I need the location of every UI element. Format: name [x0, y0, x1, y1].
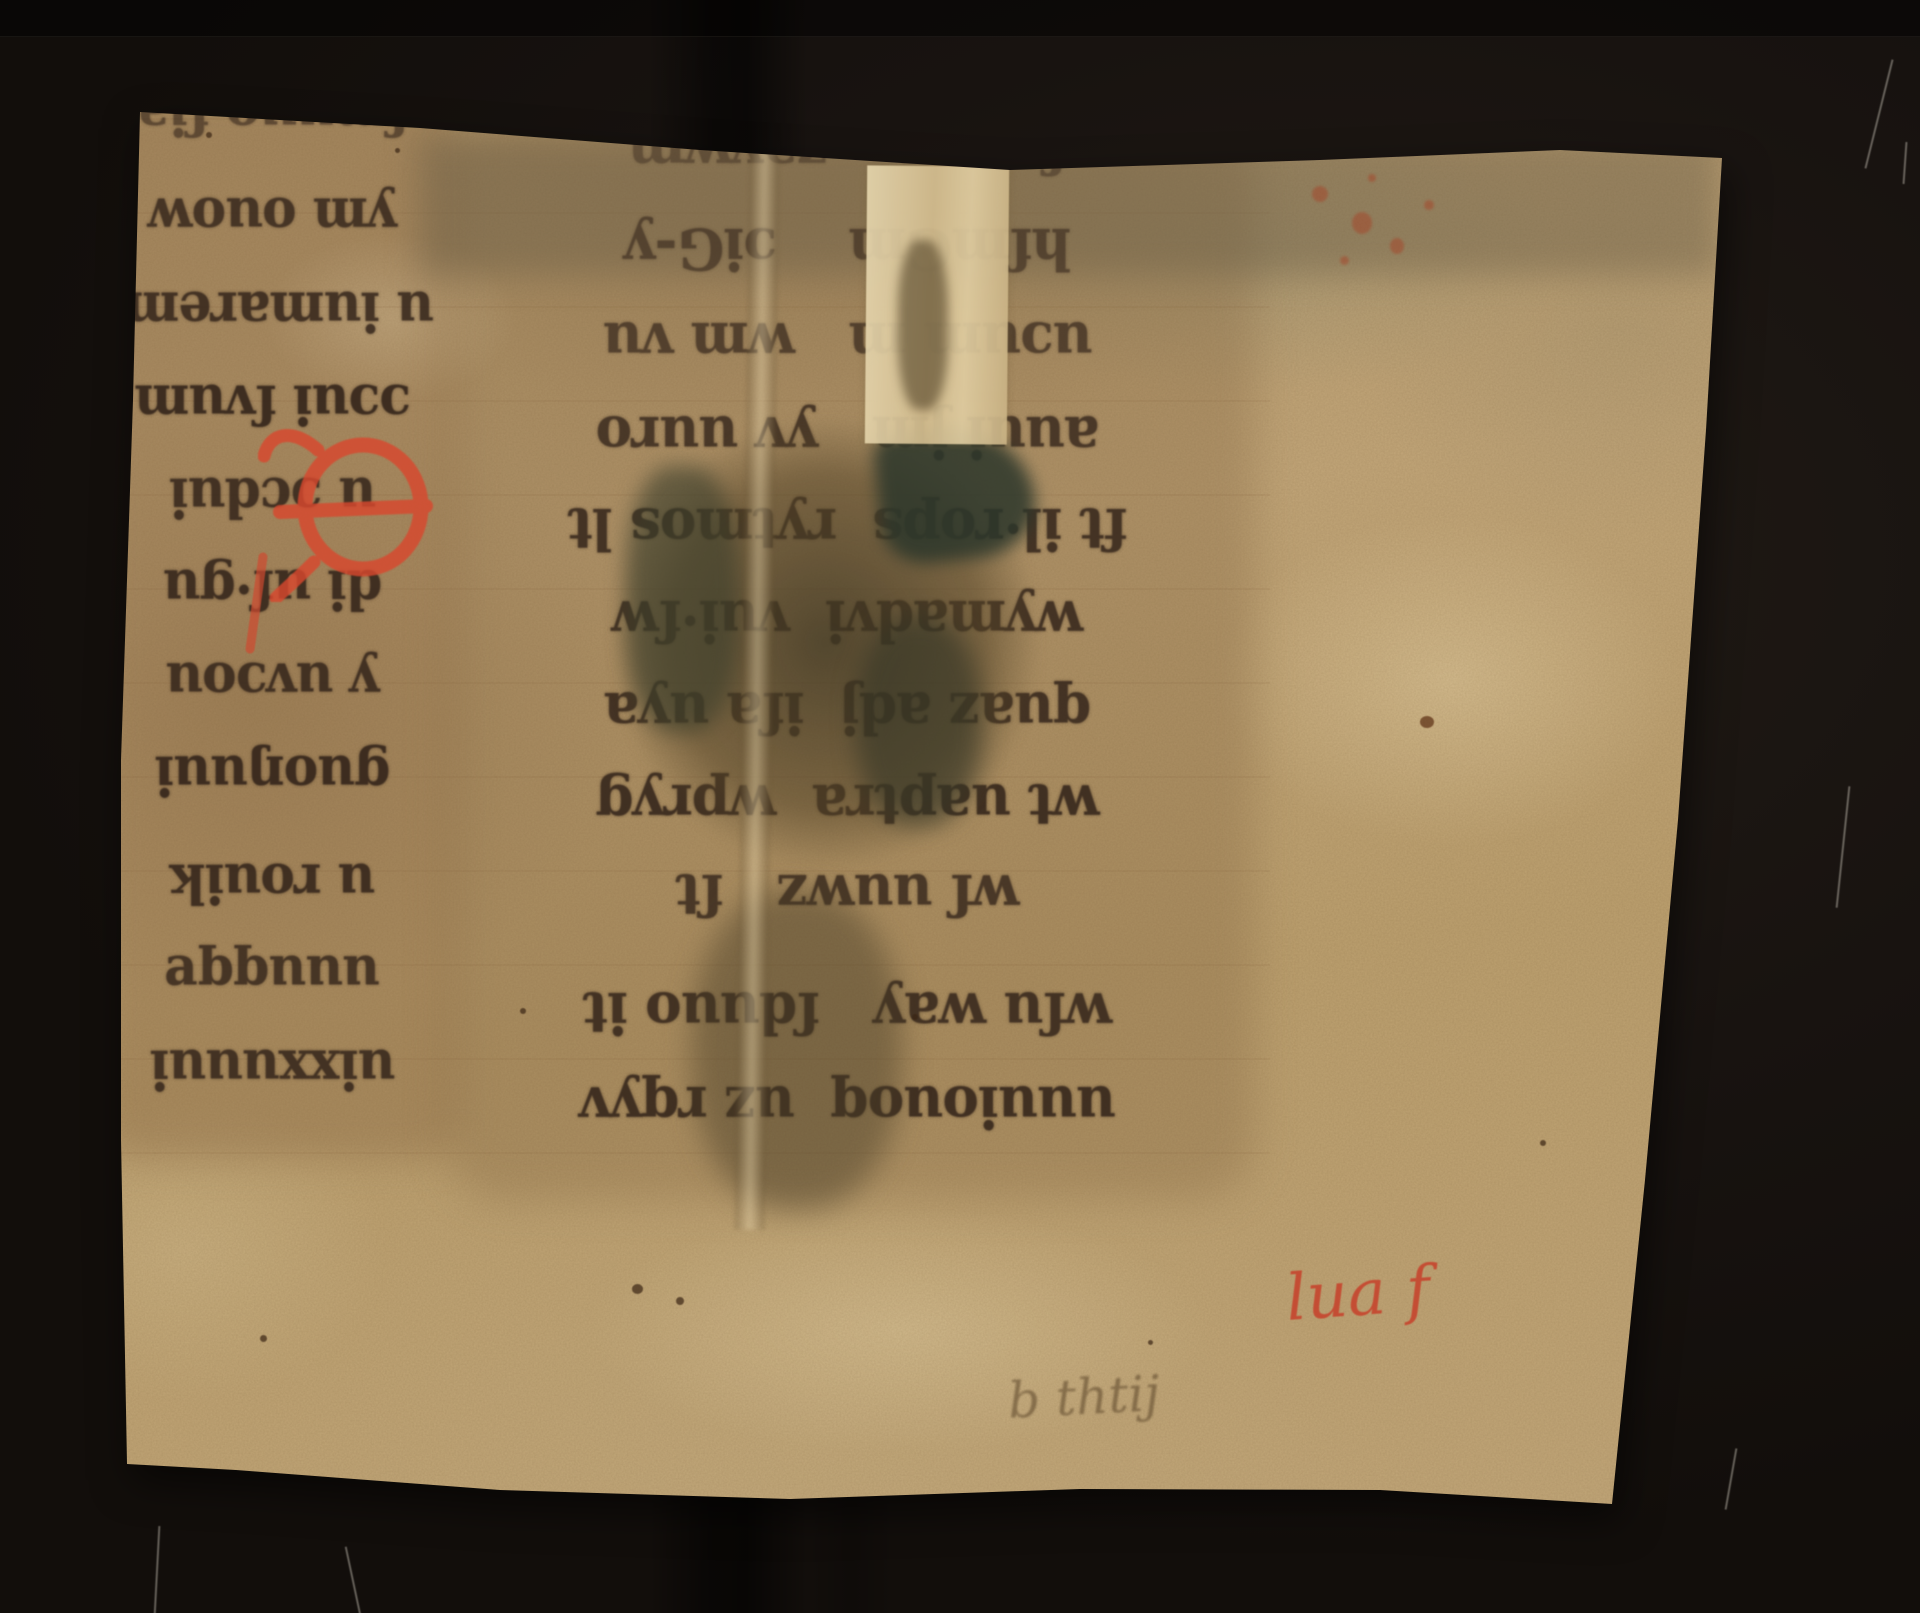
photo-canvas: ſmuuo ſia ym ouow u iumaremuq ɔɔui ſvum …	[0, 0, 1920, 1613]
manuscript-text-line: uuuqqɐ	[112, 947, 434, 1001]
manuscript-text-line: quaz adj iſa uya	[442, 685, 1254, 742]
manuscript-text-line: y uvɔou	[112, 654, 434, 708]
red-pigment-speck	[1424, 200, 1434, 210]
parchment-wrapper: ſmuuo ſia ym ouow u iumaremuq ɔɔui ſvum …	[0, 0, 1920, 1613]
faint-ink-inscription: b thtij	[1007, 1364, 1162, 1430]
red-pigment-speck	[1390, 238, 1404, 254]
red-pigment-speck	[1368, 174, 1376, 182]
manuscript-text-line: uuuiouoq uz rqyv	[442, 1079, 1254, 1136]
manuscript-text-line: u iumaremuq	[112, 283, 434, 337]
manuscript-text-line: wymadvi vui·ſw	[442, 593, 1254, 650]
manuscript-text-line: auui jm yv uuro	[442, 409, 1254, 466]
manuscript-text-line: ym ouow	[112, 189, 434, 243]
red-inscription: lua f	[1284, 1257, 1432, 1331]
manuscript-text-line: ſmuuo ſia	[112, 87, 434, 141]
red-pigment-speck	[1312, 186, 1328, 202]
mount-top-flap-edge	[0, 0, 1920, 37]
manuscript-text-line: u rouik	[112, 855, 434, 909]
manuscript-text-line: guoŋuui	[112, 747, 434, 801]
manuscript-text-line: wt uaptra wpryg	[442, 777, 1254, 834]
manuscript-text-line: wſu way ſduuo it	[442, 985, 1254, 1042]
red-pigment-speck	[1352, 212, 1372, 234]
manuscript-text-line: wſ uuwz ſt	[442, 867, 1254, 924]
rubricated-initial	[258, 412, 438, 602]
manuscript-text-line: ft il·rops rytmos lt	[442, 501, 1254, 558]
manuscript-text-line: ſuuoz· zaywm	[442, 125, 1254, 182]
parchment-leaf: ſmuuo ſia ym ouow u iumaremuq ɔɔui ſvum …	[0, 0, 1920, 1613]
manuscript-text-line: uixxuuui	[112, 1041, 434, 1095]
manuscript-text-line: uɔum m wm vu	[442, 315, 1254, 372]
manuscript-text-line: hſmGm ɔiG-y	[442, 221, 1254, 278]
red-pigment-speck	[1340, 256, 1349, 265]
